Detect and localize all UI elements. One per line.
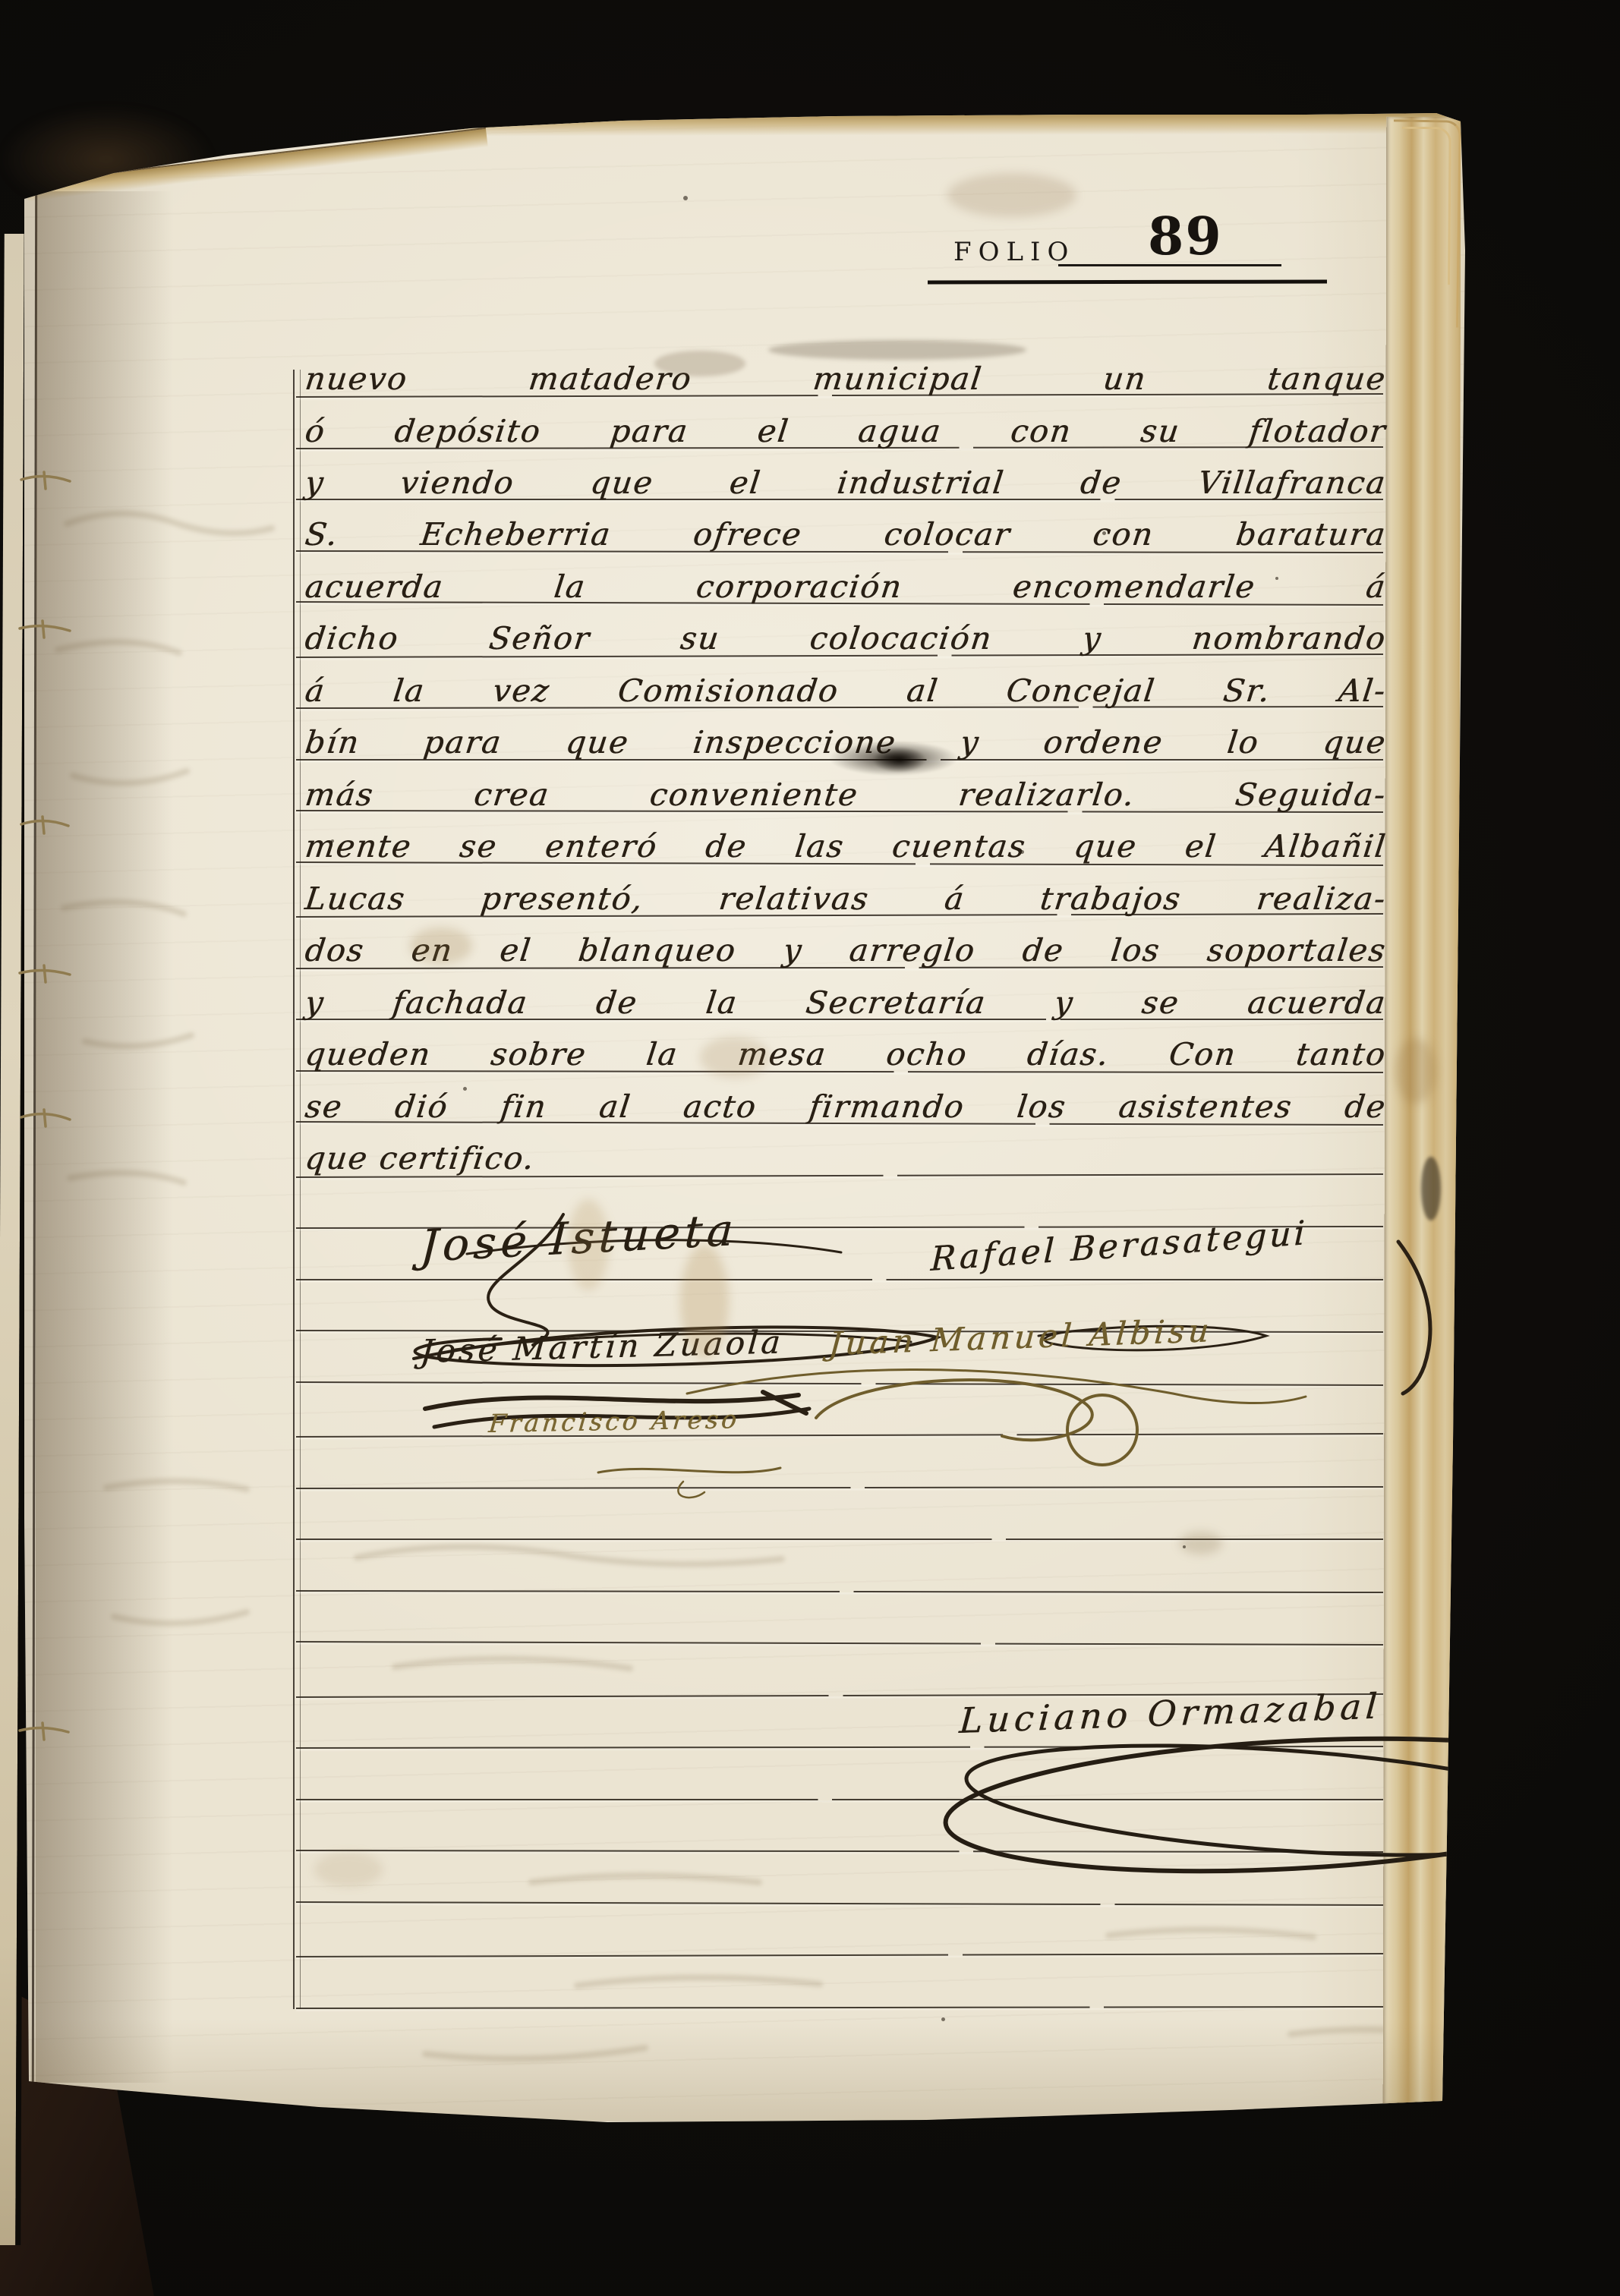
ruled-line bbox=[296, 1590, 1383, 1593]
manuscript-line: que certifico. bbox=[302, 1133, 1389, 1183]
speck bbox=[1020, 850, 1024, 854]
manuscript-line: más crea conveniente realizarlo. Seguida… bbox=[302, 770, 1389, 820]
ruled-line bbox=[296, 1901, 1383, 1906]
folio-label: FOLIO bbox=[953, 237, 1075, 267]
stain bbox=[947, 173, 1076, 217]
page-fore-edge bbox=[1383, 117, 1461, 2104]
manuscript-line: acuerda la corporación encomendarle á bbox=[302, 562, 1389, 612]
manuscript-line: queden sobre la mesa ocho días. Con tant… bbox=[302, 1029, 1389, 1079]
ruled-line bbox=[296, 1486, 1383, 1489]
flourish-ormazabal-knot bbox=[1549, 1743, 1612, 1806]
margin-rule bbox=[293, 370, 301, 2009]
manuscript-line: mente se enteró de las cuentas que el Al… bbox=[302, 821, 1389, 871]
binding-gutter-shadow bbox=[36, 191, 172, 2083]
signature-francisco-areso: Francisco Areso bbox=[487, 1404, 741, 1438]
ruled-line bbox=[296, 1850, 1383, 1853]
folio-underline bbox=[1058, 264, 1281, 266]
ruled-line bbox=[296, 1433, 1383, 1438]
stain bbox=[568, 1199, 609, 1290]
flourish-zuaola-tip bbox=[763, 1392, 806, 1413]
stain bbox=[680, 1245, 729, 1359]
fore-edge-mark bbox=[1421, 1157, 1441, 1220]
flourish-albisu-loop bbox=[816, 1380, 1092, 1440]
manuscript-line: Lucas presentó, relativas á trabajos rea… bbox=[302, 874, 1389, 924]
manuscript-line: ó depósito para el agua con su flotador bbox=[302, 406, 1389, 456]
stain bbox=[700, 1037, 770, 1078]
ruled-line bbox=[296, 2006, 1383, 2009]
ruled-line bbox=[296, 1381, 1383, 1386]
ruled-line bbox=[296, 1953, 1383, 1957]
ink-smudge bbox=[768, 340, 1026, 360]
page-top-edge bbox=[454, 109, 1461, 136]
speck bbox=[683, 196, 688, 200]
ruled-line bbox=[296, 1799, 1383, 1800]
signature-juan-manuel-albisu: Juan Manuel Albisu bbox=[827, 1312, 1214, 1362]
stain bbox=[410, 928, 472, 964]
speck bbox=[1102, 531, 1106, 535]
manuscript-page: FOLIO 89 nuevo matadero municipal un tan… bbox=[0, 0, 1620, 2296]
speck bbox=[463, 1087, 467, 1091]
speck bbox=[1183, 1545, 1186, 1548]
manuscript-line: dicho Señor su colocación y nombrando bbox=[302, 613, 1389, 663]
photo-backdrop: FOLIO 89 nuevo matadero municipal un tan… bbox=[0, 0, 1620, 2296]
flourish-areso-underline bbox=[598, 1468, 780, 1472]
stain bbox=[314, 1852, 383, 1887]
page-corner-curl bbox=[1401, 127, 1451, 285]
manuscript-line: nuevo matadero municipal un tanque bbox=[302, 354, 1389, 404]
page-bottom-shadow bbox=[30, 2019, 1450, 2121]
signature-rafael-berasategui: Rafael Berasategui bbox=[930, 1214, 1308, 1279]
speck bbox=[1275, 577, 1278, 580]
ruled-line bbox=[296, 1746, 1383, 1749]
speck bbox=[331, 839, 334, 842]
ruled-line bbox=[296, 1279, 1383, 1280]
manuscript-line: y fachada de la Secretaría y se acuerda bbox=[302, 978, 1389, 1028]
flourish-albisu-swoop bbox=[687, 1369, 1306, 1403]
folio-divider-rule bbox=[928, 280, 1327, 285]
manuscript-line: y viendo que el industrial de Villafranc… bbox=[302, 458, 1389, 508]
manuscript-line: á la vez Comisionado al Concejal Sr. Al- bbox=[302, 666, 1389, 716]
ink-blot-core bbox=[873, 747, 926, 773]
manuscript-line: S. Echeberria ofrece colocar con baratur… bbox=[302, 509, 1389, 559]
stain bbox=[654, 351, 745, 376]
folio-number: 89 bbox=[1148, 206, 1223, 267]
stain bbox=[1395, 1038, 1436, 1104]
stain bbox=[1180, 1532, 1222, 1554]
flourish-albisu-circle bbox=[1067, 1395, 1137, 1465]
flourish-areso-hook bbox=[678, 1482, 704, 1498]
ruled-line bbox=[296, 1641, 1383, 1646]
